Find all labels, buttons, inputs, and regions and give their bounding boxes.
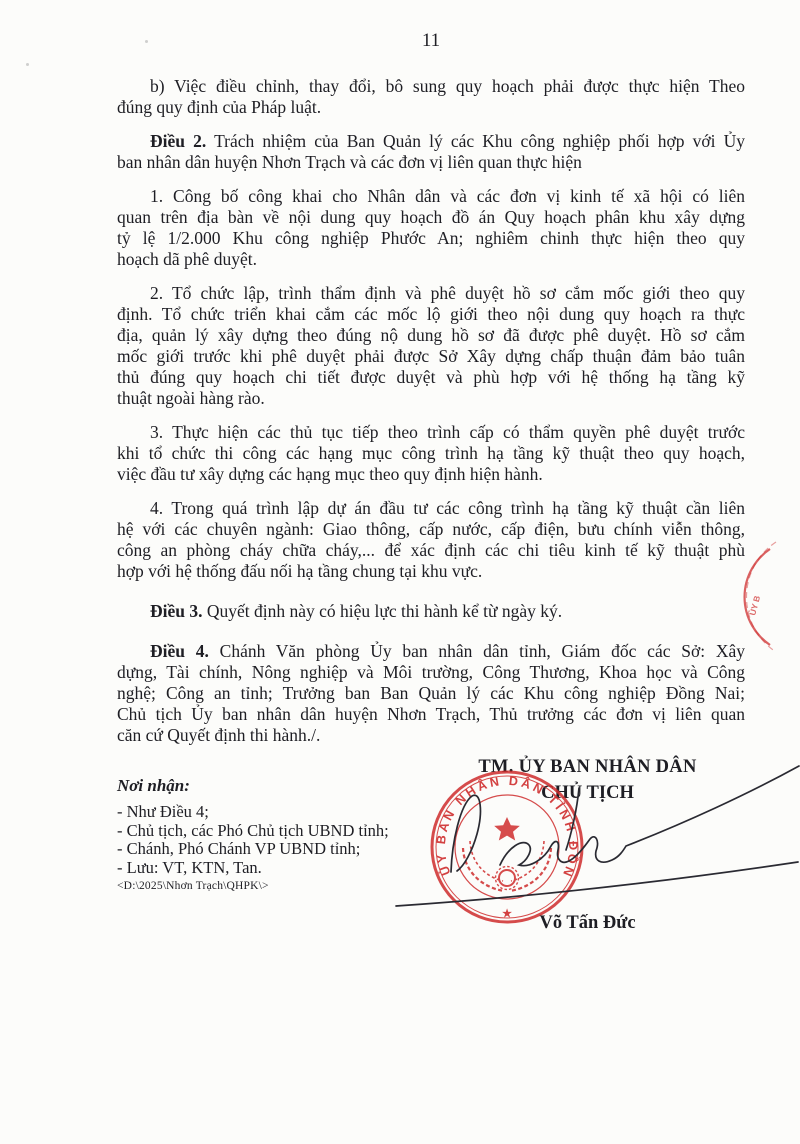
paragraph-line: đúng quy định của Pháp luật. — [117, 97, 745, 118]
paragraph-line: thuật ngoài hàng rào. — [117, 388, 745, 409]
edge-seal-text: ỦY B — [746, 594, 762, 616]
paragraph: Điều 2. Trách nhiệm của Ban Quản lý các … — [117, 131, 745, 173]
paragraph-line: mốc giới trước khi phê duyệt phải được S… — [117, 346, 745, 367]
paragraph: 1. Công bố công khai cho Nhân dân và các… — [117, 186, 745, 270]
signer-name: Võ Tấn Đức — [420, 913, 755, 934]
paragraph-line: định. Tổ chức triển khai cắm các mốc lộ … — [117, 304, 745, 325]
paragraph: Điều 4. Chánh Văn phòng Ủy ban nhân dân … — [117, 641, 745, 746]
paragraph-line: công an phòng cháy chữa cháy,... để xác … — [117, 540, 745, 561]
page-number: 11 — [117, 30, 745, 52]
paragraph: 4. Trong quá trình lập dự án đầu tư các … — [117, 498, 745, 582]
paragraph: 3. Thực hiện các thủ tục tiếp theo trình… — [117, 422, 745, 485]
paragraph: Điều 3. Quyết định này có hiệu lực thi h… — [117, 601, 745, 622]
paragraph-line: hợp với hệ thống đấu nối hạ tầng chung t… — [117, 561, 745, 582]
article-label: Điều 4. — [150, 641, 209, 661]
paragraph-line: quan trên địa bàn về nội dung quy hoạch … — [117, 207, 745, 228]
paragraph-line: khi tổ chức thi công các hạng mục công t… — [117, 443, 745, 464]
document-body: b) Việc điều chỉnh, thay đổi, bô sung qu… — [117, 76, 745, 759]
paragraph-line: ban nhân dân huyện Nhơn Trạch và các đơn… — [117, 152, 745, 173]
paragraph-line: Chủ tịch Ủy ban nhân dân huyện Nhơn Trạc… — [117, 704, 745, 725]
paragraph-line: Điều 4. Chánh Văn phòng Ủy ban nhân dân … — [117, 641, 745, 662]
paragraph-line-text: Chánh Văn phòng Ủy ban nhân dân tỉnh, Gi… — [209, 641, 745, 661]
article-label: Điều 3. — [150, 601, 203, 621]
paragraph-line: Điều 3. Quyết định này có hiệu lực thi h… — [117, 601, 745, 622]
signature-ink — [380, 750, 800, 920]
paragraph-line: hệ với các chuyên ngành: Giao thông, cấp… — [117, 519, 745, 540]
paragraph-line-text: Trách nhiệm của Ban Quản lý các Khu công… — [206, 131, 745, 151]
paragraph-line: 4. Trong quá trình lập dự án đầu tư các … — [117, 498, 745, 519]
paragraph-line: tỷ lệ 1/2.000 Khu công nghiệp Phước An; … — [117, 228, 745, 249]
paragraph-line: địa, quản lý xây dựng theo đúng nộ dung … — [117, 325, 745, 346]
scan-speck — [26, 63, 29, 66]
paragraph: b) Việc điều chỉnh, thay đổi, bô sung qu… — [117, 76, 745, 118]
paragraph-line: 2. Tổ chức lập, trình thẩm định và phê d… — [117, 283, 745, 304]
paragraph-line: Điều 2. Trách nhiệm của Ban Quản lý các … — [117, 131, 745, 152]
paragraph-line: dựng, Tài chính, Nông nghiệp và Môi trườ… — [117, 662, 745, 683]
paragraph-line: nghệ; Công an tỉnh; Trưởng ban Ban Quản … — [117, 683, 745, 704]
paragraph-line: việc đầu tư xây dựng các hạng mục theo q… — [117, 464, 745, 485]
paragraph-line: b) Việc điều chỉnh, thay đổi, bô sung qu… — [117, 76, 745, 97]
paragraph-line: 3. Thực hiện các thủ tục tiếp theo trình… — [117, 422, 745, 443]
paragraph-line: 1. Công bố công khai cho Nhân dân và các… — [117, 186, 745, 207]
page-edge-seal: ỦY B — [735, 540, 800, 660]
paragraph: 2. Tổ chức lập, trình thẩm định và phê d… — [117, 283, 745, 409]
paragraph-line: thủ đúng quy hoạch chi tiết được duyệt v… — [117, 367, 745, 388]
paragraph-line: căn cứ Quyết định thi hành./. — [117, 725, 745, 746]
paragraph-line: hoạch dã phê duyệt. — [117, 249, 745, 270]
article-label: Điều 2. — [150, 131, 206, 151]
paragraph-line-text: Quyết định này có hiệu lực thi hành kể t… — [203, 601, 563, 621]
page: 11 b) Việc điều chỉnh, thay đổi, bô sung… — [0, 0, 800, 1144]
